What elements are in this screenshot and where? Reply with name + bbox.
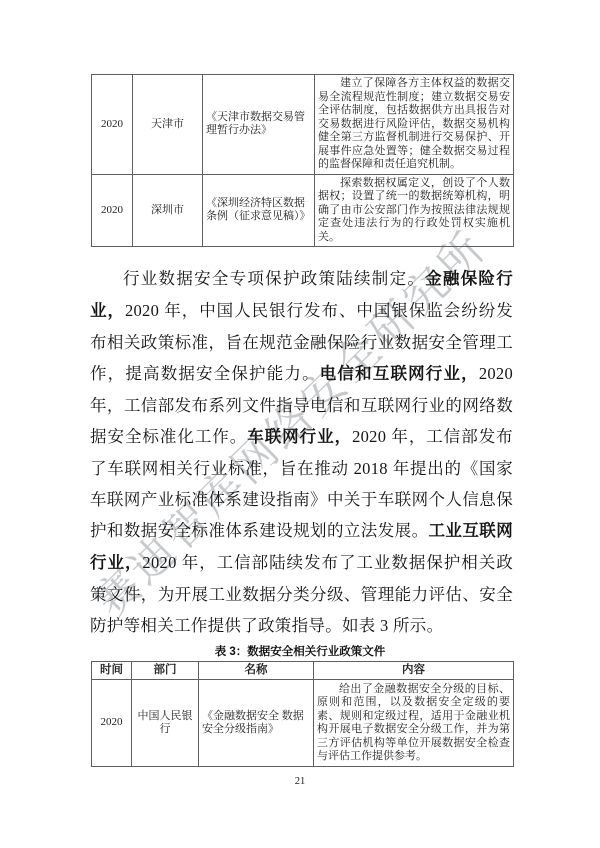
- paragraph-text: 2020 年，工信部陆续发布了工业数据保护相关政策文件，为开展工业数据分类分级、…: [90, 553, 513, 635]
- cell-policy-name: 《深圳经济特区数据条例（征求意见稿）》: [203, 174, 315, 247]
- header-department: 部门: [132, 662, 199, 680]
- table3-caption: 表 3：数据安全相关行业政策文件: [0, 643, 600, 659]
- regional-policy-table: 2020 天津市 《天津市数据交易管理暂行办法》 建立了保障各方主体权益的数据交…: [91, 74, 514, 247]
- table-header-row: 时间 部门 名称 内容: [92, 662, 514, 680]
- cell-policy-content: 给出了金融数据安全分级的目标、原则和范围，以及数据安全定级的要素、规则和定级过程…: [314, 680, 514, 767]
- cell-year: 2020: [92, 75, 133, 175]
- page-number: 21: [0, 776, 600, 787]
- cell-department: 天津市: [133, 75, 203, 175]
- header-time: 时间: [92, 662, 132, 680]
- table-row: 2020 中国人民银行 《金融数据安全 数据安全分级指南》 给出了金融数据安全分…: [92, 680, 514, 767]
- paragraph-text: 行业数据安全专项保护政策陆续制定。: [123, 269, 425, 288]
- cell-year: 2020: [92, 174, 133, 247]
- industry-term-bold: 车联网行业，: [247, 428, 352, 446]
- industry-term-bold: 电信和互联网行业，: [320, 365, 479, 383]
- industry-policy-paragraph: 行业数据安全专项保护政策陆续制定。金融保险行业，2020 年，中国人民银行发布、…: [90, 263, 513, 641]
- cell-department: 中国人民银行: [132, 680, 199, 767]
- cell-policy-content: 探索数据权属定义，创设了个人数据权；设置了统一的数据统筹机构，明确了由市公安部门…: [315, 174, 514, 247]
- cell-policy-name: 《金融数据安全 数据安全分级指南》: [199, 680, 314, 767]
- document-page: 赛迪智库网络安全研究所 2020 天津市 《天津市数据交易管理暂行办法》 建立了…: [0, 0, 600, 848]
- cell-department: 深圳市: [133, 174, 203, 247]
- header-name: 名称: [199, 662, 314, 680]
- cell-year: 2020: [92, 680, 132, 767]
- cell-policy-name: 《天津市数据交易管理暂行办法》: [203, 75, 315, 175]
- header-content: 内容: [314, 662, 514, 680]
- table-row: 2020 天津市 《天津市数据交易管理暂行办法》 建立了保障各方主体权益的数据交…: [92, 75, 514, 175]
- industry-policy-table: 时间 部门 名称 内容 2020 中国人民银行 《金融数据安全 数据安全分级指南…: [91, 661, 514, 767]
- cell-policy-content: 建立了保障各方主体权益的数据交易全流程规范性制度；建立数据交易安全评估制度，包括…: [315, 75, 514, 175]
- table-row: 2020 深圳市 《深圳经济特区数据条例（征求意见稿）》 探索数据权属定义，创设…: [92, 174, 514, 247]
